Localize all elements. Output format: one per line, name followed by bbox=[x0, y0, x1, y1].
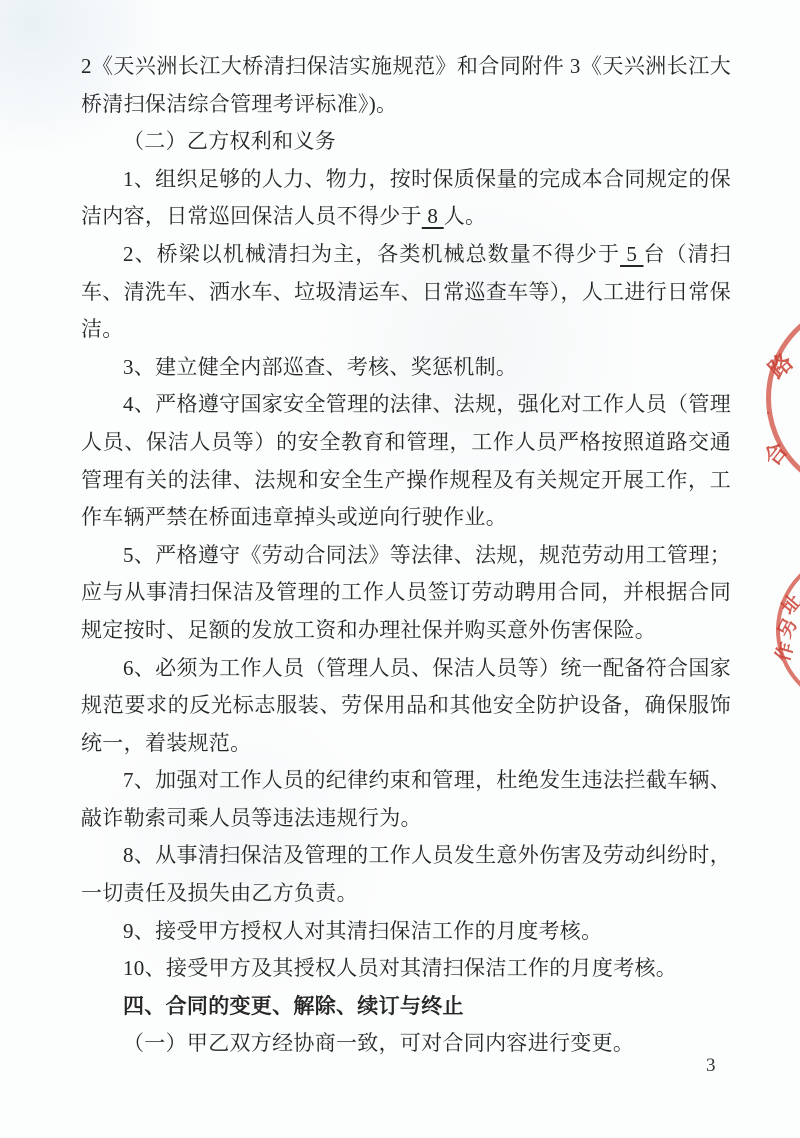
clause-item-3: 3、建立健全内部巡查、考核、奖惩机制。 bbox=[81, 349, 731, 387]
paragraph-text: 6、必须为工作人员（管理人员、保洁人员等）统一配备符合国家规范要求的反光标志服装… bbox=[81, 656, 731, 755]
paragraph-text: 7、加强对工作人员的纪律约束和管理，杜绝发生违法拦截车辆、敲诈勒索司乘人员等违法… bbox=[81, 768, 731, 830]
clause-item-9: 9、接受甲方授权人对其清扫保洁工作的月度考核。 bbox=[81, 913, 731, 951]
paragraph-text: 3、建立健全内部巡查、考核、奖惩机制。 bbox=[123, 355, 517, 379]
clause-item-10: 10、接受甲方及其授权人员对其清扫保洁工作的月度考核。 bbox=[81, 950, 731, 988]
page-number: 3 bbox=[706, 1055, 716, 1077]
chapter-heading-4: 四、合同的变更、解除、续订与终止 bbox=[81, 988, 731, 1026]
clause-item-6: 6、必须为工作人员（管理人员、保洁人员等）统一配备符合国家规范要求的反光标志服装… bbox=[81, 650, 731, 763]
paragraph-text: 9、接受甲方授权人对其清扫保洁工作的月度考核。 bbox=[123, 919, 602, 943]
paragraph-text: 四、合同的变更、解除、续订与终止 bbox=[123, 994, 464, 1018]
paragraph-text: （二）乙方权利和义务 bbox=[123, 129, 336, 153]
clause-item-8: 8、从事清扫保洁及管理的工作人员发生意外伤害及劳动纠纷时，一切责任及损失由乙方负… bbox=[81, 837, 731, 912]
paragraph-text: （一）甲乙双方经协商一致，可对合同内容进行变更。 bbox=[123, 1031, 634, 1055]
paragraph-text: 5、严格遵守《劳动合同法》等法律、法规，规范劳动用工管理；应与从事清扫保洁及管理… bbox=[81, 543, 731, 642]
filled-in-number: 5 bbox=[620, 242, 643, 266]
clause-item-5: 5、严格遵守《劳动合同法》等法律、法规，规范劳动用工管理；应与从事清扫保洁及管理… bbox=[81, 537, 731, 650]
section-heading-yifang: （二）乙方权利和义务 bbox=[81, 123, 731, 161]
clause-item-7: 7、加强对工作人员的纪律约束和管理，杜绝发生违法拦截车辆、敲诈勒索司乘人员等违法… bbox=[81, 762, 731, 837]
paragraph-text: 10、接受甲方及其授权人员对其清扫保洁工作的月度考核。 bbox=[123, 956, 677, 980]
paragraph-text: 2《天兴洲长江大桥清扫保洁实施规范》和合同附件 3《天兴洲长江大桥清扫保洁综合管… bbox=[81, 54, 731, 116]
filled-in-number: 8 bbox=[422, 204, 444, 228]
paragraph-text: 人。 bbox=[444, 204, 487, 228]
clause-item-4: 4、严格遵守国家安全管理的法律、法规，强化对工作人员（管理人员、保洁人员等）的安… bbox=[81, 386, 731, 536]
scanned-contract-page: 2《天兴洲长江大桥清扫保洁实施规范》和合同附件 3《天兴洲长江大桥清扫保洁综合管… bbox=[0, 0, 800, 1138]
contract-body-text: 2《天兴洲长江大桥清扫保洁实施规范》和合同附件 3《天兴洲长江大桥清扫保洁综合管… bbox=[81, 48, 731, 1063]
clause-item-1: 1、组织足够的人力、物力，按时保质保量的完成本合同规定的保洁内容，日常巡回保洁人… bbox=[81, 161, 731, 236]
clause-4-1: （一）甲乙双方经协商一致，可对合同内容进行变更。 bbox=[81, 1025, 731, 1063]
paragraph-text: 1、组织足够的人力、物力，按时保质保量的完成本合同规定的保洁内容，日常巡回保洁人… bbox=[81, 167, 731, 229]
paragraph-text: 2、桥梁以机械清扫为主，各类机械总数量不得少于 bbox=[123, 242, 620, 266]
paragraph-text: 8、从事清扫保洁及管理的工作人员发生意外伤害及劳动纠纷时，一切责任及损失由乙方负… bbox=[81, 843, 731, 905]
clause-item-2: 2、桥梁以机械清扫为主，各类机械总数量不得少于 5 台（清扫车、清洗车、洒水车、… bbox=[81, 236, 731, 349]
paragraph-continuation: 2《天兴洲长江大桥清扫保洁实施规范》和合同附件 3《天兴洲长江大桥清扫保洁综合管… bbox=[81, 48, 731, 123]
paragraph-text: 4、严格遵守国家安全管理的法律、法规，强化对工作人员（管理人员、保洁人员等）的安… bbox=[81, 392, 731, 529]
